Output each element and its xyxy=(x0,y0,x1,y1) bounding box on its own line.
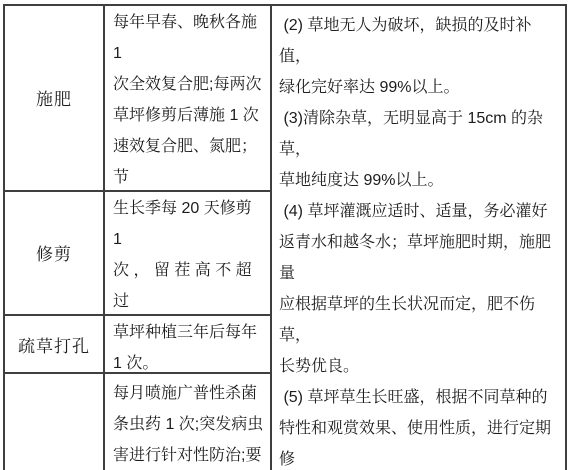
table-row: 修剪 生长季每 20 天修剪 1 次 ， 留 茬 高 不 超 过 60mm;每年… xyxy=(5,192,270,316)
maintenance-table: 施肥 每年早春、晚秋各施1 次全效复合肥;每两次 草坪修剪后薄施 1 次 速效复… xyxy=(3,4,567,470)
row-label-mowing: 修剪 xyxy=(5,192,105,314)
task-columns: 施肥 每年早春、晚秋各施1 次全效复合肥;每两次 草坪修剪后薄施 1 次 速效复… xyxy=(5,6,270,470)
table-row: 疏草打孔 草坪种植三年后每年 1 次。 xyxy=(5,316,270,374)
table-row: 施肥 每年早春、晚秋各施1 次全效复合肥;每两次 草坪修剪后薄施 1 次 速效复… xyxy=(5,6,270,192)
row-desc-fertilizing: 每年早春、晚秋各施1 次全效复合肥;每两次 草坪修剪后薄施 1 次 速效复合肥、… xyxy=(105,6,270,190)
row-desc-pest-control: 每月喷施广普性杀菌 条虫药 1 次;突发病虫 害进行针对性防治;要 xyxy=(105,374,270,470)
row-label-pest-control xyxy=(5,374,105,470)
row-desc-aerating: 草坪种植三年后每年 1 次。 xyxy=(105,316,270,372)
table-row: 每月喷施广普性杀菌 条虫药 1 次;突发病虫 害进行针对性防治;要 xyxy=(5,374,270,470)
quality-standards-cell: (2) 草地无人为破坏，缺损的及时补值， 绿化完好率达 99%以上。 (3)清除… xyxy=(270,6,565,470)
row-label-aerating: 疏草打孔 xyxy=(5,316,105,372)
row-desc-mowing: 生长季每 20 天修剪 1 次 ， 留 茬 高 不 超 过 60mm;每年开春前… xyxy=(105,192,270,314)
document-page: 施肥 每年早春、晚秋各施1 次全效复合肥;每两次 草坪修剪后薄施 1 次 速效复… xyxy=(0,0,575,470)
row-label-fertilizing: 施肥 xyxy=(5,6,105,190)
